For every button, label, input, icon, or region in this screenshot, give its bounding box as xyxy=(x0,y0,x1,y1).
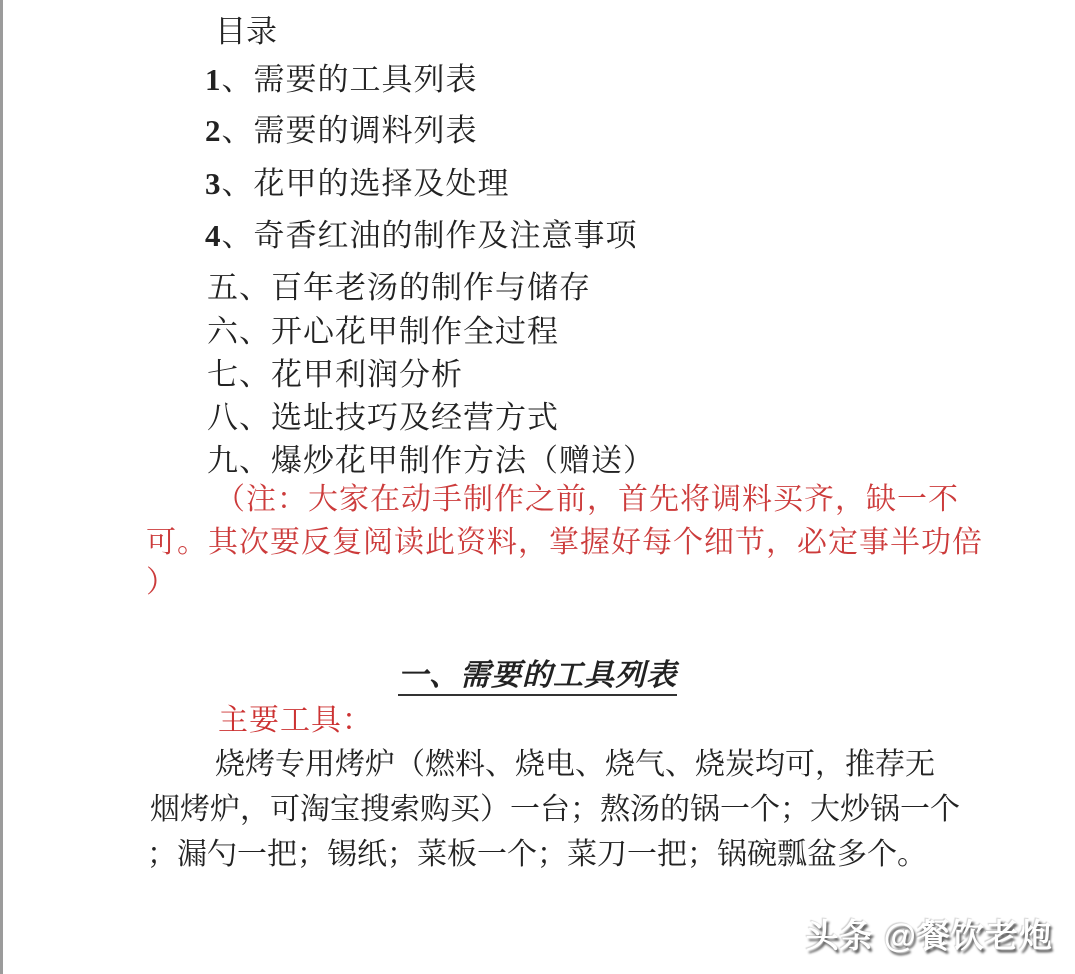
toc-item-label: 开心花甲制作全过程 xyxy=(271,314,559,349)
toc-item-label: 花甲利润分析 xyxy=(271,357,463,392)
toc-item-label: 花甲的选择及处理 xyxy=(254,166,510,201)
body-line-1: 烧烤专用烤炉（燃料、烧电、烧气、烧炭均可，推荐无 xyxy=(215,745,935,785)
toc-item-label: 选址技巧及经营方式 xyxy=(271,400,559,435)
body-line-3: ；漏勺一把；锡纸；菜板一个；菜刀一把；锅碗瓢盆多个。 xyxy=(147,835,927,875)
body-line-2: 烟烤炉，可淘宝搜索购买）一台；熬汤的锅一个；大炒锅一个 xyxy=(150,790,960,830)
toc-item-separator: 、 xyxy=(222,218,254,253)
toc-item-number: 4 xyxy=(205,218,222,253)
toc-item-separator: 、 xyxy=(239,270,271,305)
toc-item-number: 五 xyxy=(207,270,239,305)
toc-item-label: 需要的工具列表 xyxy=(254,62,478,97)
note-line-3: ） xyxy=(146,563,177,603)
section-title: 一、需要的工具列表 xyxy=(0,655,1075,697)
note-line-1: （注：大家在动手制作之前，首先将调料买齐，缺一不 xyxy=(215,480,959,520)
toc-item-separator: 、 xyxy=(222,62,254,97)
toc-item-5: 五、百年老汤的制作与储存 xyxy=(207,268,591,308)
toc-item-7: 七、花甲利润分析 xyxy=(207,355,463,395)
toc-item-separator: 、 xyxy=(239,400,271,435)
section-subheading: 主要工具： xyxy=(218,701,373,741)
toc-item-3: 3、花甲的选择及处理 xyxy=(205,164,510,204)
toc-item-separator: 、 xyxy=(239,443,271,478)
toc-item-number: 3 xyxy=(205,166,222,201)
toutiao-watermark: 头条 @餐饮老炮 xyxy=(806,910,1053,957)
toc-item-separator: 、 xyxy=(222,113,254,148)
toc-item-separator: 、 xyxy=(239,314,271,349)
document-page: 目录 1、需要的工具列表 2、需要的调料列表 3、花甲的选择及处理 4、奇香红油… xyxy=(0,0,1075,974)
section-title-text: 一、需要的工具列表 xyxy=(398,659,677,696)
toc-item-6: 六、开心花甲制作全过程 xyxy=(207,312,559,352)
toc-item-number: 2 xyxy=(205,113,222,148)
note-line-2: 可。其次要反复阅读此资料，掌握好每个细节，必定事半功倍 xyxy=(146,523,983,563)
toc-item-number: 七 xyxy=(207,357,239,392)
toc-item-4: 4、奇香红油的制作及注意事项 xyxy=(205,216,638,256)
toc-item-label: 百年老汤的制作与储存 xyxy=(271,270,591,305)
toc-heading: 目录 xyxy=(215,12,277,52)
toc-item-2: 2、需要的调料列表 xyxy=(205,111,478,151)
toc-item-9: 九、爆炒花甲制作方法（赠送） xyxy=(207,441,655,481)
toc-item-separator: 、 xyxy=(239,357,271,392)
toc-item-8: 八、选址技巧及经营方式 xyxy=(207,398,559,438)
toc-item-1: 1、需要的工具列表 xyxy=(205,60,478,100)
toc-item-number: 八 xyxy=(207,400,239,435)
toc-item-label: 需要的调料列表 xyxy=(254,113,478,148)
toc-item-label: 爆炒花甲制作方法（赠送） xyxy=(271,443,655,478)
page-left-edge-line xyxy=(0,0,3,974)
toc-item-label: 奇香红油的制作及注意事项 xyxy=(254,218,638,253)
toc-item-number: 九 xyxy=(207,443,239,478)
toc-item-number: 1 xyxy=(205,62,222,97)
toc-item-number: 六 xyxy=(207,314,239,349)
toc-item-separator: 、 xyxy=(222,166,254,201)
